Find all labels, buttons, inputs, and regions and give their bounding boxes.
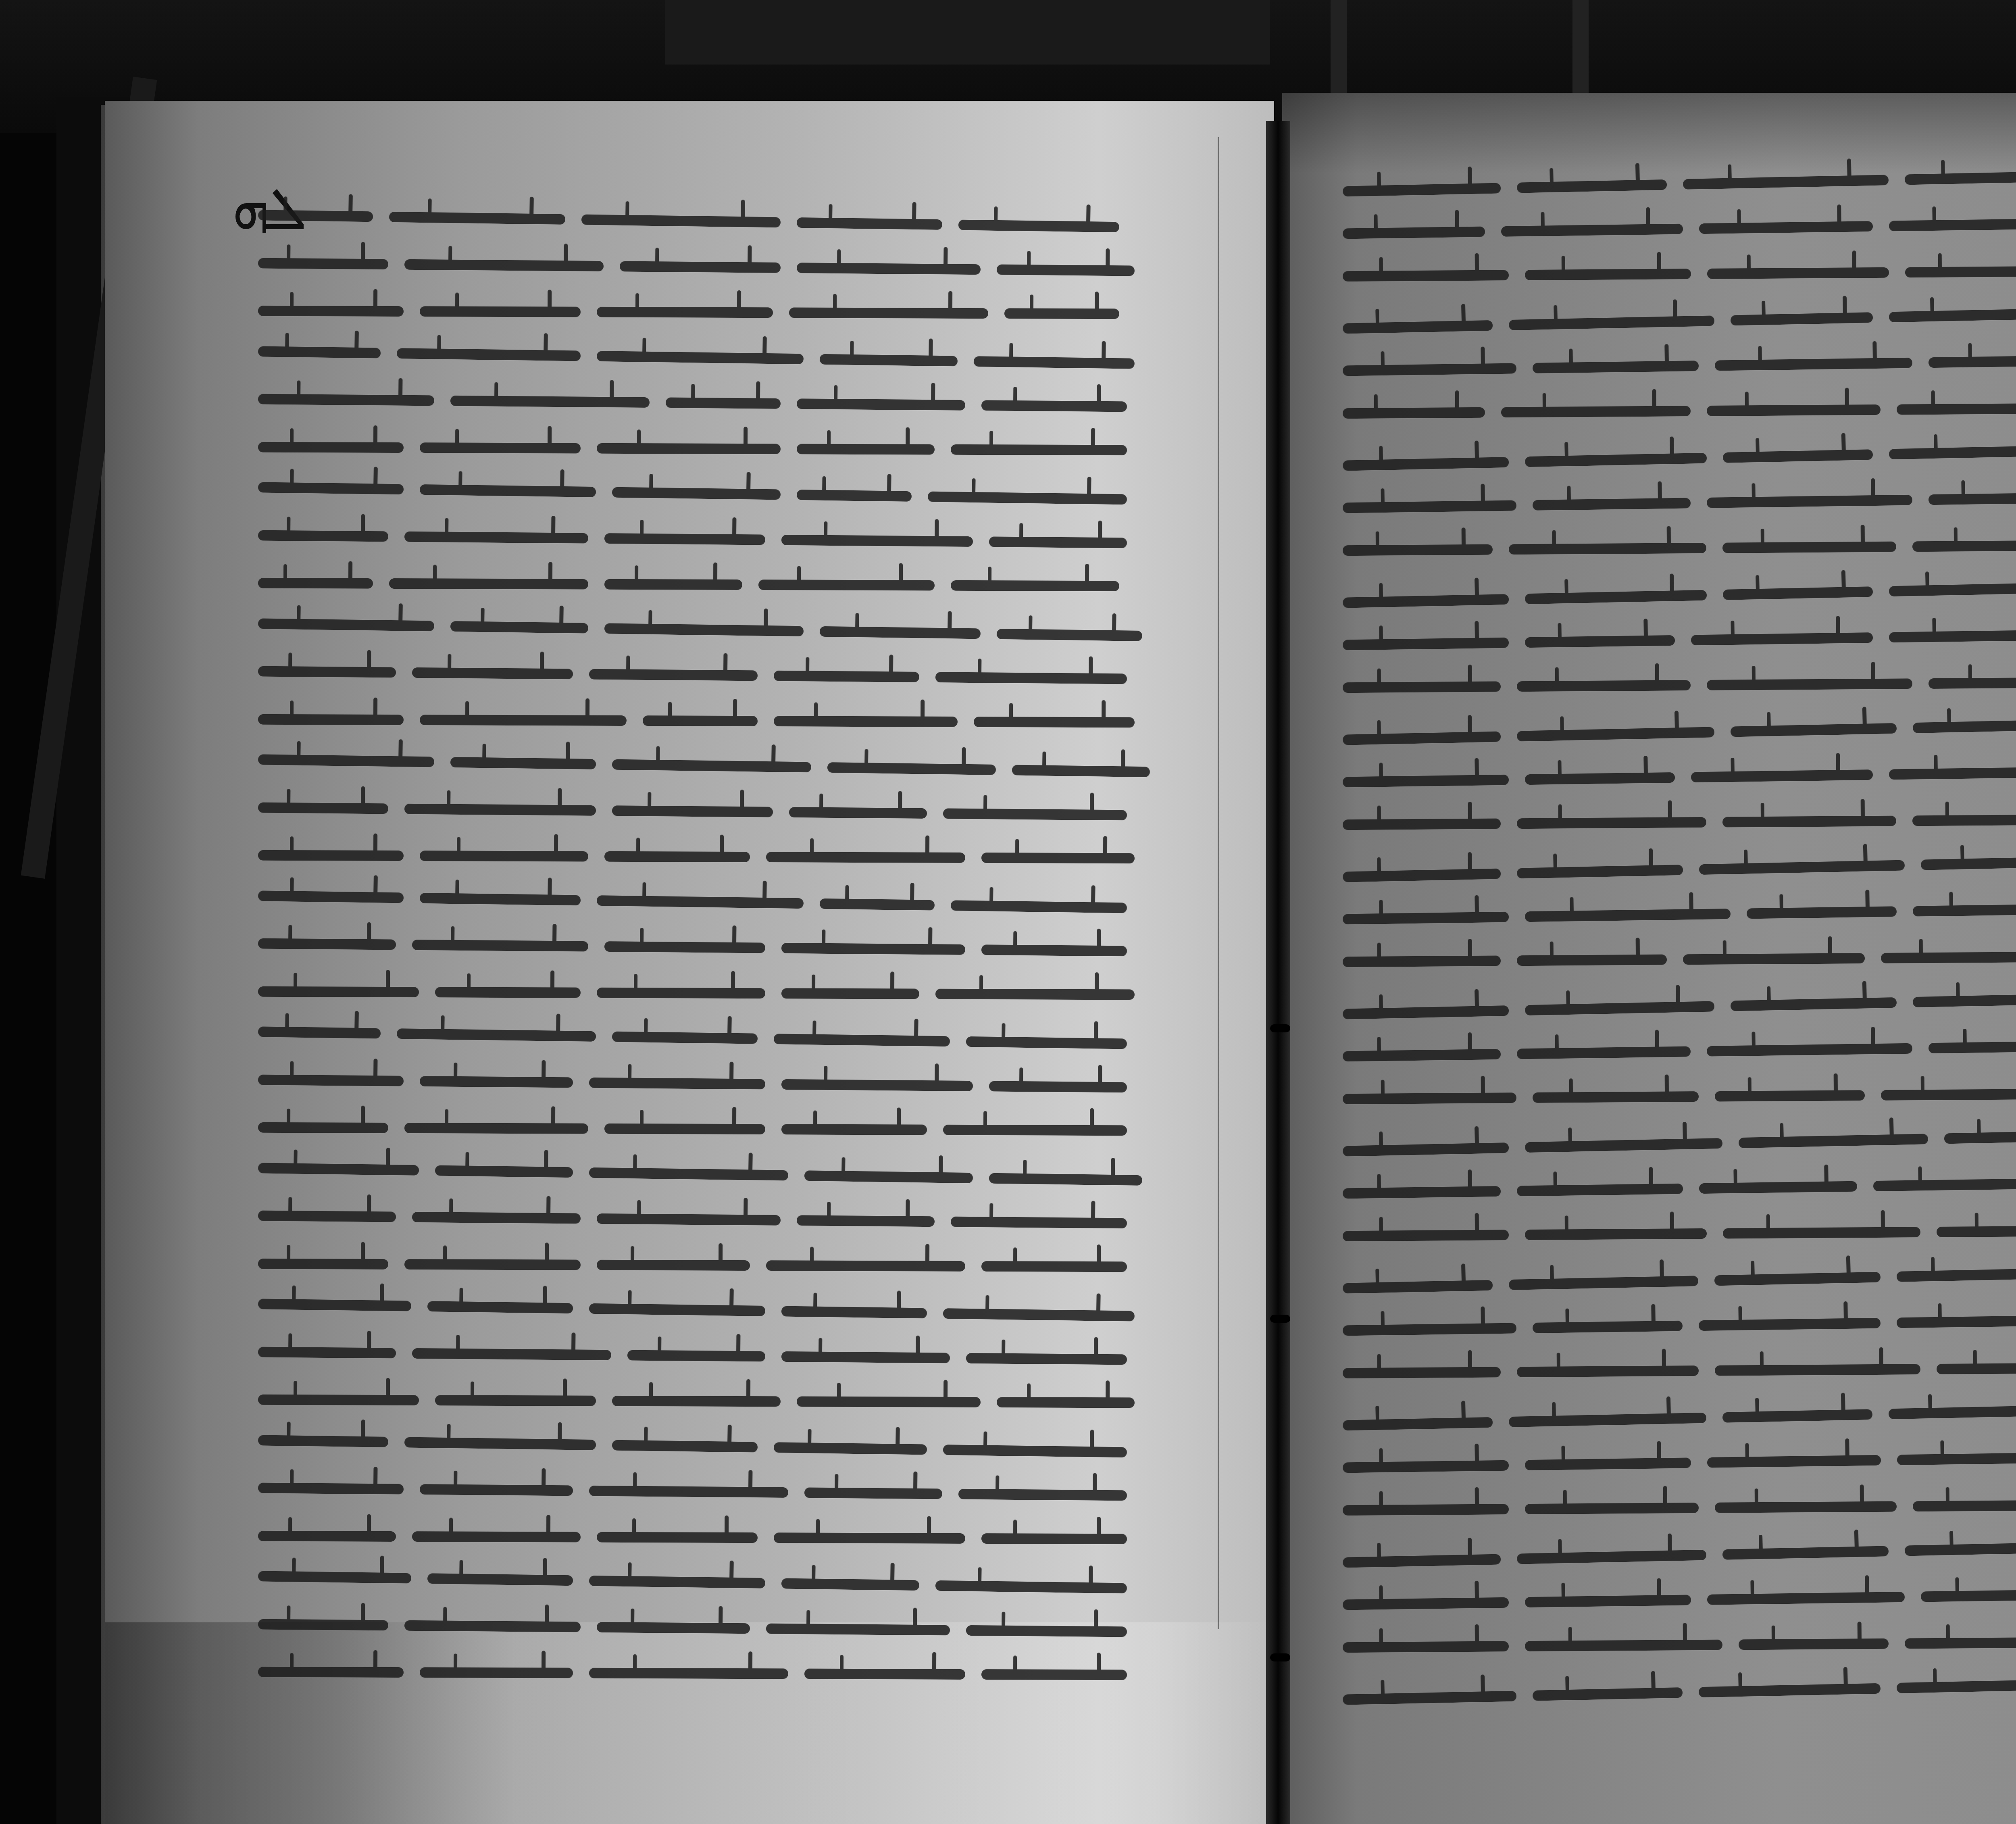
script-word [604,1124,765,1134]
script-word [981,1669,1127,1680]
script-word [412,1531,581,1542]
script-word [1343,1142,1509,1157]
script-word [604,941,765,953]
script-word [258,306,404,317]
script-word [397,348,581,361]
manuscript-line [258,571,1218,598]
script-word [958,220,1119,233]
script-word [1525,590,1707,604]
script-word [620,261,781,273]
manuscript-line [258,387,1218,420]
script-word [258,530,388,542]
script-word [928,492,1127,505]
script-word [989,536,1127,548]
script-word [974,356,1135,369]
script-word [589,1167,788,1180]
script-word [997,628,1142,641]
script-word [420,715,627,726]
script-word [1343,363,1516,376]
script-word [958,1489,1127,1501]
script-word [1509,1413,1706,1427]
script-word [258,482,404,494]
manuscript-line [1343,1168,2016,1206]
manuscript-line [1343,757,2016,794]
script-word [1881,951,2016,963]
script-word [404,259,604,271]
script-word [1699,1683,1881,1697]
script-word [1944,1130,2016,1144]
script-word [1343,1230,1509,1241]
script-word [258,754,434,767]
script-word [1343,320,1493,334]
script-word [766,1260,965,1272]
script-word [420,442,581,453]
script-word [981,400,1127,412]
script-word [427,1573,573,1586]
script-word [797,490,912,502]
script-word [258,1530,396,1541]
script-word [1501,406,1691,417]
script-word [1517,179,1667,193]
script-word [1343,1597,1509,1610]
script-word [258,1074,404,1086]
script-word [943,1125,1127,1136]
script-word [412,940,588,952]
script-word [1343,1417,1493,1431]
script-word [389,212,565,225]
manuscript-line [258,435,1218,462]
script-word [804,1170,973,1183]
script-word [589,1077,765,1089]
script-word [1343,1005,1509,1019]
script-word [589,669,758,681]
manuscript-line [258,932,1218,964]
script-word [951,1217,1127,1229]
script-word [1343,1092,1516,1104]
script-word [1722,815,1896,827]
script-word [1897,1268,2016,1282]
script-word [1517,817,1706,829]
script-word [1929,1041,2016,1053]
script-word [1731,997,1897,1011]
script-word [797,398,965,411]
script-word [1343,1280,1493,1294]
manuscript-line [1343,1031,2016,1069]
manuscript-line [1343,1119,2016,1163]
script-word [774,671,919,682]
script-word [1533,498,1691,511]
script-word [781,988,919,999]
script-word [1707,1592,1905,1605]
script-word [604,623,804,636]
script-word [1897,1679,2016,1693]
script-word [1897,403,2016,415]
script-word [258,1435,388,1447]
script-word [258,1122,388,1133]
manuscript-line [1343,483,2016,520]
script-word [1343,1641,1509,1653]
script-word [1889,1405,2016,1419]
script-word [797,1397,981,1408]
manuscript-line [258,795,1218,828]
manuscript-line [1343,257,2016,288]
script-word [1343,731,1501,745]
script-word [1707,404,1881,416]
script-word [404,1259,581,1270]
manuscript-line [1343,1080,2016,1111]
script-word [581,215,781,228]
manuscript-line [258,611,1218,649]
script-word [935,988,1135,1000]
manuscript-line [258,1476,1218,1509]
script-word [1691,632,1873,645]
script-word [1525,909,1731,922]
script-word [1509,1276,1698,1290]
script-word [1517,1184,1683,1197]
script-word [1739,1638,1889,1650]
script-word [589,1486,788,1498]
script-word [1343,1049,1501,1061]
script-word [1517,865,1683,879]
script-word [612,805,773,817]
script-word [420,1076,573,1088]
manuscript-line [1343,571,2016,615]
manuscript-line [258,1612,1218,1645]
script-word [774,1034,950,1046]
script-word [1715,358,1912,371]
script-word [943,808,1127,820]
script-word [966,1353,1127,1364]
script-word [597,895,804,909]
manuscript-line [1343,1628,2016,1659]
manuscript-line [1343,982,2016,1026]
script-word [1707,495,1912,508]
script-word [258,850,404,861]
manuscript-line [1343,620,2016,657]
script-word [1747,907,1897,919]
script-word [1707,1043,1912,1057]
script-word [1343,457,1509,471]
script-word [1731,723,1897,737]
script-word [258,258,388,269]
script-word [781,1351,950,1363]
script-word [1691,769,1873,782]
script-word [789,307,988,319]
script-word [774,1442,927,1455]
script-word [435,1165,573,1178]
script-word [389,578,588,590]
manuscript-line [258,1204,1218,1236]
script-word [1699,221,1873,234]
manuscript-line [1343,346,2016,383]
script-word [258,1211,396,1222]
script-word [804,1669,965,1680]
script-word [981,853,1135,863]
script-word [1343,1554,1501,1568]
script-word [1525,772,1675,785]
script-word [797,444,935,454]
script-word [1525,1138,1722,1153]
script-word [797,1215,935,1227]
gutter-stitch [1270,1315,1290,1323]
manuscript-line [258,884,1218,921]
manuscript-line [1343,845,2016,889]
script-word [589,1576,765,1588]
script-word [597,987,765,998]
script-word [1707,678,1912,690]
script-word [774,1532,965,1544]
script-word [1897,1315,2016,1328]
script-word [1343,818,1501,830]
script-word [966,1625,1127,1636]
script-word [258,1667,404,1678]
script-word [781,1578,919,1591]
script-word [435,987,581,998]
manuscript-line [258,1019,1218,1057]
right-page-shadow [1282,93,2016,173]
script-word [666,397,781,409]
script-word [1913,904,2016,917]
script-word [258,714,404,725]
script-word [612,1440,758,1452]
script-word [943,1308,1135,1322]
script-word [1913,1500,2016,1511]
script-word [1343,183,1501,197]
script-word [404,531,588,543]
script-word [1905,266,2016,278]
manuscript-line [258,1660,1218,1687]
script-word [643,715,758,726]
manuscript-line [1343,434,2016,477]
script-word [258,1395,419,1405]
script-word [604,579,742,590]
script-word [1343,500,1516,513]
script-word [1905,1541,2016,1556]
script-word [1533,1687,1683,1701]
script-word [1889,583,2016,597]
manuscript-line [1343,1443,2016,1480]
left-text-block [258,210,1218,1686]
manuscript-line [1343,806,2016,836]
manuscript-line [1343,1393,2016,1437]
script-word [820,898,935,910]
script-word [1722,1546,1889,1560]
script-word [597,351,804,364]
script-word [1525,1595,1691,1608]
script-word [258,1026,381,1038]
script-word [1937,1363,2016,1374]
script-word [258,1347,396,1358]
manuscript-line [258,843,1218,871]
script-word [781,1124,927,1135]
script-word [1343,681,1501,693]
script-word [258,394,434,406]
script-word [1723,1227,1920,1238]
script-word [989,1173,1142,1185]
script-word [612,759,811,773]
manuscript-line [258,1524,1218,1551]
script-word [597,307,773,318]
script-word [1343,912,1509,925]
script-word [1343,1691,1516,1705]
script-word [1525,635,1675,648]
manuscript-line [258,747,1218,785]
script-word [1517,1550,1706,1564]
script-word [1715,1364,1920,1376]
script-word [258,1571,411,1583]
manuscript-line [258,1388,1218,1415]
script-word [258,1163,419,1176]
script-word [1004,308,1119,319]
script-word [1525,1458,1691,1471]
manuscript-line [1343,394,2016,425]
script-word [589,1668,788,1679]
script-word [758,580,935,591]
script-word [1525,1001,1714,1015]
script-word [450,757,596,769]
script-word [1889,308,2016,322]
manuscript-line [1343,1217,2016,1248]
script-word [766,1623,950,1635]
script-word [797,217,942,230]
script-word [1012,765,1150,777]
script-word [427,1301,573,1313]
script-word [1533,1091,1699,1103]
script-word [997,1397,1135,1408]
script-word [412,1212,581,1224]
script-word [1343,638,1509,650]
manuscript-line [258,1564,1218,1601]
script-word [597,1259,750,1270]
script-word [1517,954,1667,966]
script-word [1343,1186,1501,1199]
script-word [258,1299,411,1311]
script-word [1723,586,1873,600]
script-word [258,618,434,631]
gutter [1266,121,1290,1824]
script-word [450,396,650,408]
script-word [1912,814,2016,826]
script-word [1533,361,1699,373]
script-word [789,807,927,819]
script-word [597,1532,758,1543]
right-text-block [1343,169,2016,1702]
script-word [797,263,981,275]
script-word [1509,543,1706,554]
script-word [1517,680,1691,692]
script-word [1525,1228,1707,1240]
script-word [1897,1452,2016,1465]
manuscript-line [258,1115,1218,1143]
script-word [1343,544,1493,556]
script-word [951,444,1127,455]
manuscript-line [1343,1491,2016,1522]
script-word [1707,1455,1881,1468]
script-word [781,943,965,955]
script-word [420,851,588,861]
script-word [420,306,581,317]
script-word [258,802,388,814]
script-word [1929,355,2016,368]
manuscript-line [258,1428,1218,1465]
script-word [258,346,381,358]
script-word [1517,1365,1699,1377]
script-word [1517,727,1714,741]
script-word [1929,677,2016,689]
script-word [612,1396,781,1407]
script-word [1929,492,2016,505]
script-word [1509,315,1714,330]
script-word [1343,1323,1516,1336]
script-word [604,533,765,545]
manuscript-line [1343,1305,2016,1343]
script-word [820,626,981,639]
script-word [1699,1318,1881,1331]
script-word [612,487,781,500]
script-word [781,1079,973,1091]
script-word [1699,1181,1857,1194]
script-word [1912,540,2016,552]
script-word [1723,449,1873,463]
script-word [1889,630,2016,643]
script-word [935,1580,1127,1594]
script-word [781,534,973,546]
script-word [1343,1504,1509,1515]
script-word [404,1123,588,1134]
script-word [1683,953,1865,965]
script-word [420,892,581,905]
script-word [1343,1367,1501,1378]
script-word [1739,1134,1928,1148]
manuscript-line [258,659,1218,692]
manuscript-line [258,475,1218,513]
script-word [1525,1639,1722,1651]
script-word [1905,1637,2016,1649]
script-word [1343,270,1509,281]
script-word [997,264,1135,276]
script-word [1343,1460,1509,1473]
script-word [420,1484,573,1496]
shelf-label [665,0,1270,65]
script-word [1921,1589,2016,1602]
script-word [420,1667,573,1678]
manuscript-line [1343,532,2016,562]
manuscript-line [1343,1530,2016,1574]
script-word [1913,993,2016,1007]
script-word [612,1032,758,1044]
script-word [404,1437,596,1450]
script-word [1501,224,1683,237]
manuscript-line [258,979,1218,1007]
manuscript-line [1343,1580,2016,1617]
script-word [1905,171,2016,185]
script-word [766,852,965,863]
script-word [597,1622,750,1633]
script-word [1343,955,1501,967]
script-word [951,900,1127,913]
manuscript-line [258,1292,1218,1329]
manuscript-photo: ܠܗ 8 80 c [0,0,2016,1824]
script-word [404,1620,581,1632]
script-word [1707,267,1889,279]
script-word [597,1213,781,1226]
script-word [412,667,573,679]
script-word [1881,1088,2016,1100]
script-word [604,851,750,862]
left-page-ruling [1218,137,1225,1629]
manuscript-line [258,1067,1218,1100]
script-word [597,443,781,454]
